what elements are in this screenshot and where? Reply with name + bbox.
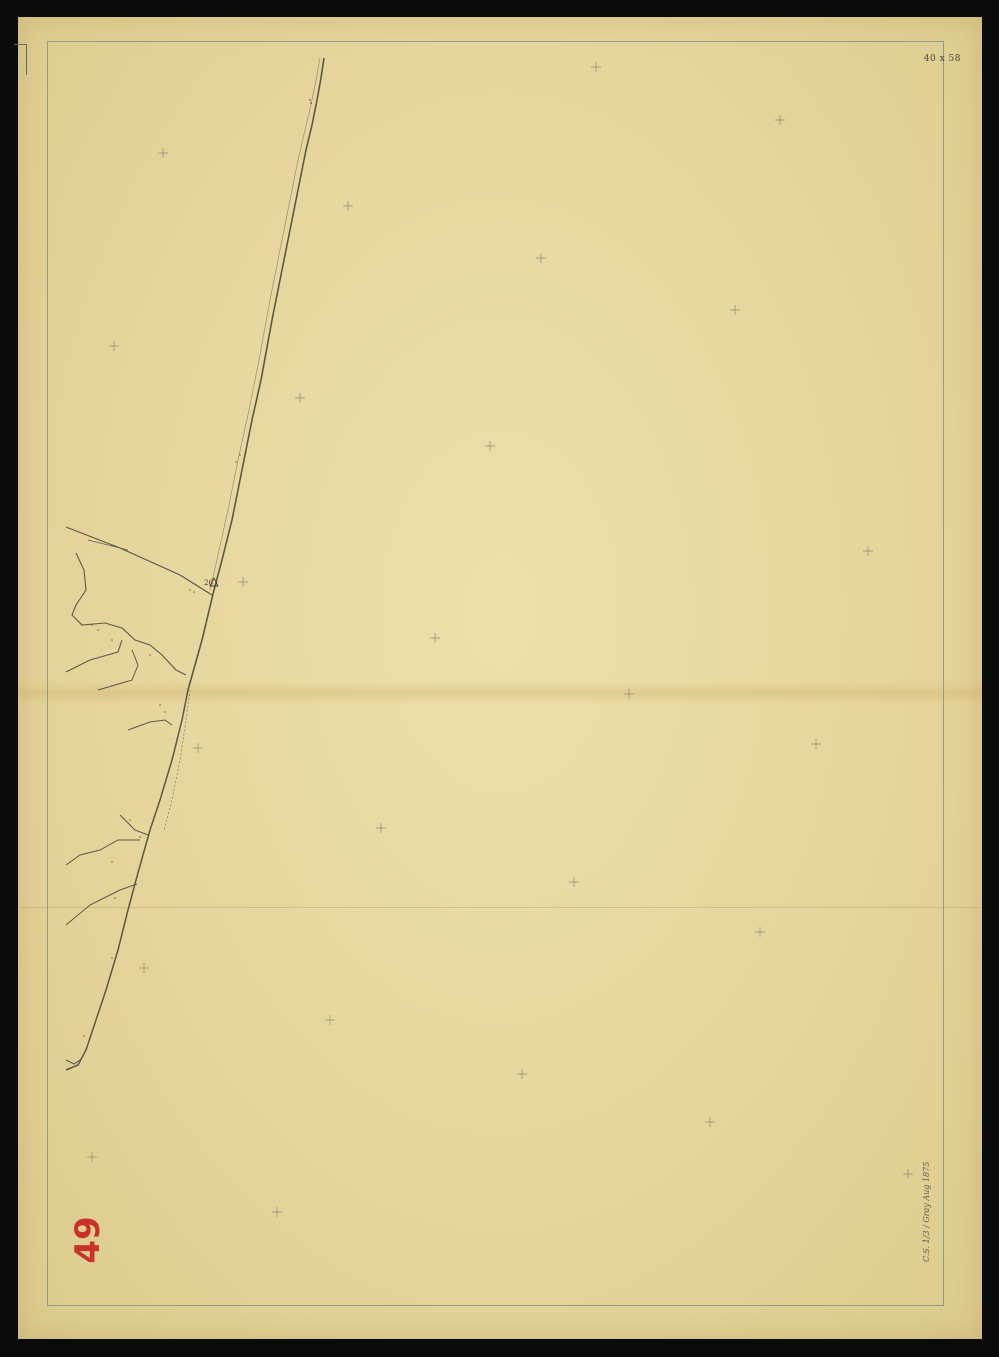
- sheet-number: 49: [58, 1210, 118, 1270]
- registration-cross-icon: [591, 62, 601, 72]
- marsh-shore-2: [66, 640, 122, 672]
- channel-dotted: [164, 690, 190, 830]
- registration-cross-icon: [272, 1207, 282, 1217]
- registration-cross-icon: [755, 927, 765, 937]
- registration-cross-icon: [569, 877, 579, 887]
- registration-cross-icon: [903, 1169, 913, 1179]
- registration-cross-icon: [730, 305, 740, 315]
- coastline-drawing: [0, 0, 999, 1357]
- registration-cross-icon: [430, 633, 440, 643]
- registration-cross-icon: [517, 1069, 527, 1079]
- registration-cross-icon: [775, 115, 785, 125]
- registration-cross-icon: [624, 689, 634, 699]
- registration-cross-icon: [87, 1152, 97, 1162]
- soundings: [83, 99, 312, 1037]
- marsh-shore-5: [120, 815, 148, 835]
- coastline-inner: [210, 58, 320, 590]
- marsh-shore-1: [72, 553, 186, 675]
- registration-cross-icon: [705, 1117, 715, 1127]
- registration-cross-icon: [343, 201, 353, 211]
- road-line-branch: [88, 540, 128, 550]
- registration-cross-icon: [139, 963, 149, 973]
- coastline-south: [66, 690, 188, 1070]
- station-label: 26: [204, 579, 213, 587]
- registration-cross-icon: [811, 739, 821, 749]
- registration-cross-icon: [863, 546, 873, 556]
- registration-cross-icon: [238, 577, 248, 587]
- registration-cross-icon: [325, 1015, 335, 1025]
- registration-cross-icon: [376, 823, 386, 833]
- registration-cross-icon: [193, 743, 203, 753]
- margin-note: C.S. 1/3 / Gray Aug 1875: [922, 1192, 942, 1262]
- marsh-shore-4: [128, 720, 172, 730]
- registration-cross-icon: [109, 341, 119, 351]
- registration-cross-icon: [158, 148, 168, 158]
- registration-cross-icon: [295, 393, 305, 403]
- marsh-shore-8: [66, 1060, 80, 1064]
- registration-cross-icon: [536, 253, 546, 263]
- registration-cross-icon: [485, 441, 495, 451]
- road-line: [66, 527, 212, 595]
- marsh-shore-6: [66, 840, 140, 865]
- registration-marks: [87, 62, 913, 1217]
